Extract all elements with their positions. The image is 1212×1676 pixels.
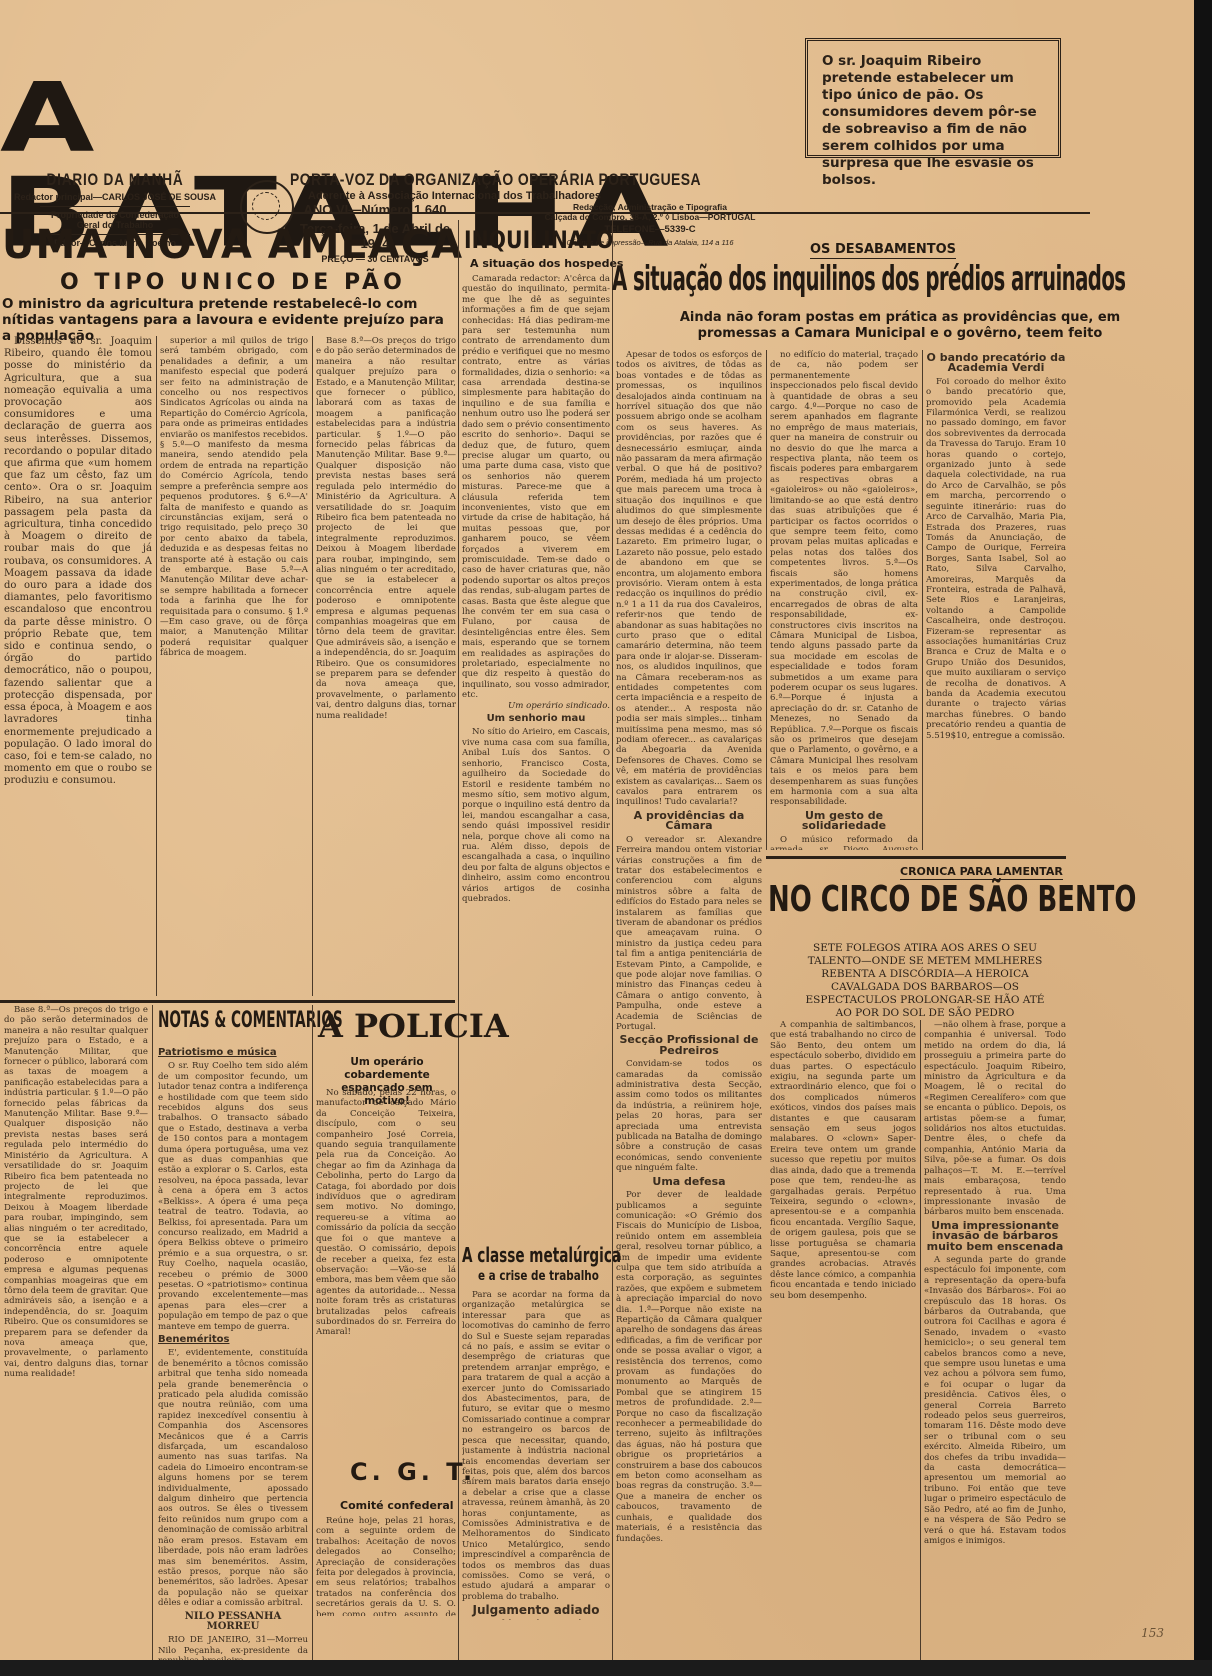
metalurgica-text: Para se acordar na forma da organização … <box>462 1290 610 1602</box>
desabamentos-text: Apesar de todos os esforços de todos os … <box>616 350 762 808</box>
tagline: PORTA-VOZ DA ORGANIZAÇÃO OPERÁRIA PORTUG… <box>290 170 684 190</box>
column-rule <box>612 220 613 1660</box>
column-rule <box>458 220 459 1660</box>
circo-text: —não olhem à frase, porque a companhia é… <box>924 1020 1066 1218</box>
section-divider <box>766 856 1066 859</box>
scan-edge <box>1194 0 1212 1676</box>
desabamentos-deck: Ainda não foram postas em prática as pro… <box>640 310 1160 342</box>
camara-text: O vereador sr. Alexandre Ferreira mandou… <box>616 835 762 1033</box>
metalurgica-headline: A classe metalúrgica <box>462 1245 621 1265</box>
main-body-text: Base 8.ª—Os preços do trigo e do pão ser… <box>316 336 456 721</box>
main-body-text: Dissemos do sr. Joaquim Ribeiro, quando … <box>4 336 152 788</box>
inquilinato-subheadline: A situação dos hospedes <box>470 258 623 269</box>
policia-body: No sábado, pelas 22 horas, o manufactor … <box>316 1088 456 1418</box>
cgt-text: Reúne hoje, pelas 21 horas, com a seguin… <box>316 1516 456 1616</box>
inquilinato-signature: Um operário sindicado. <box>462 701 610 711</box>
circo-col2: —não olhem à frase, porque a companhia é… <box>924 1020 1066 1660</box>
metalurgica-body: Para se acordar na forma da organização … <box>462 1290 610 1620</box>
cgt-body: Reúne hoje, pelas 21 horas, com a seguin… <box>316 1516 456 1616</box>
pedreiros-subheadline: Secção Profissional de Pedreiros <box>616 1035 762 1056</box>
cgt-headline: C. G. T. <box>350 1460 476 1484</box>
solidariedade-text: O músico reformado da armada, sr. Diogo … <box>770 835 918 850</box>
verdi-subheadline: O bando precatório da Academia Verdi <box>926 353 1066 374</box>
circo-col1: A companhia de saltimbancos, que está tr… <box>770 1020 916 1660</box>
page-number-mark: 153 <box>1141 1626 1164 1640</box>
daily-label: DIARIO DA MANHÃ <box>23 170 207 190</box>
main-body-continued: Base 8.ª—Os preços do trigo e do pão ser… <box>4 1005 148 1660</box>
pedreiros-text: Convidam-se todos os camaradas da comiss… <box>616 1059 762 1173</box>
issue-number: ANO VI—Número 1.640 <box>290 202 460 217</box>
column-rule <box>152 1005 153 1660</box>
barbaros-text: A segunda parte do grande espectáculo fo… <box>924 1255 1066 1546</box>
cgt-subheadline: Comité confederal <box>340 1500 454 1511</box>
column-rule <box>766 350 767 850</box>
main-body-text: Base 8.ª—Os preços do trigo e do pão ser… <box>4 1005 148 1380</box>
desabamentos-col1: Apesar de todos os esforços de todos os … <box>616 350 762 1660</box>
desabamentos-col2: no edifício do material, traçado de ca, … <box>770 350 918 850</box>
notas-body: Patriotismo e música O sr. Ruy Coelho te… <box>158 1045 308 1660</box>
defesa-text: Por dever de lealdade publicamos a segui… <box>616 1190 762 1544</box>
main-body-col2: superior a mil quilos de trigo será tamb… <box>160 336 308 996</box>
nilo-text: RIO DE JANEIRO, 31—Morreu Nilo Peçanha, … <box>158 1635 308 1660</box>
main-body-text: superior a mil quilos de trigo será tamb… <box>160 336 308 659</box>
benemeritos-text: E', evidentemente, constituída de benemé… <box>158 1348 308 1608</box>
masthead: A BATALHA DIARIO DA MANHÃ Redactor princ… <box>0 30 770 205</box>
column-rule <box>312 1005 313 1660</box>
solidariedade-subheadline: Um gesto de solidariedade <box>770 811 918 832</box>
patriotismo-subheadline: Patriotismo e música <box>158 1048 308 1058</box>
desabamentos-col3: O bando precatório da Academia Verdi Foi… <box>926 350 1066 850</box>
senhorio-subheadline: Um senhorio mau <box>462 714 610 724</box>
desabamentos-kicker: OS DESABAMENTOS <box>810 243 956 259</box>
main-body-col3: Base 8.ª—Os preços do trigo e do pão ser… <box>316 336 456 996</box>
circo-kicker: CRONICA PARA LAMENTAR <box>900 866 1063 880</box>
senhorio-text: No sítio do Arieiro, em Cascais, vive nu… <box>462 727 610 904</box>
notas-headline: NOTAS & COMENTARIOS <box>158 1010 343 1032</box>
patriotismo-text: O sr. Ruy Coelho tem sido além de um com… <box>158 1061 308 1332</box>
column-rule <box>922 350 923 850</box>
scan-bottom-edge <box>0 1660 1212 1676</box>
circo-headline: NO CIRCO DE SÃO BENTO <box>768 882 1136 918</box>
affiliation: Aderente à Associação Internacional dos … <box>308 190 770 202</box>
metalurgica-subheadline: e a crise de trabalho <box>478 1270 599 1283</box>
camara-subheadline: A providências da Câmara <box>616 811 762 832</box>
section-divider <box>0 1000 455 1003</box>
julgamento-text: Por falta de jurados e testemunhas, foi … <box>462 1619 610 1620</box>
main-body-col1: Dissemos do sr. Joaquim Ribeiro, quando … <box>4 336 152 996</box>
benemeritos-subheadline: Beneméritos <box>158 1335 308 1345</box>
barbaros-subheadline: Uma impressionante invasão de bárbaros m… <box>924 1221 1066 1252</box>
fiscais-text: no edifício do material, traçado de ca, … <box>770 350 918 808</box>
column-rule <box>312 336 313 996</box>
desabamentos-headline: A situação dos inquilinos dos prédios ar… <box>612 262 1125 296</box>
inquilinato-body: Camarada redactor: A'cêrca da questão do… <box>462 274 610 1034</box>
policia-text: No sábado, pelas 22 horas, o manufactor … <box>316 1088 456 1338</box>
defesa-subheadline: Uma defesa <box>616 1177 762 1187</box>
masthead-divider <box>0 212 1090 214</box>
circo-text: A companhia de saltimbancos, que está tr… <box>770 1020 916 1301</box>
julgamento-subheadline: Julgamento adiado <box>462 1605 610 1615</box>
inquilinato-headline: INQUILINATO <box>464 228 613 252</box>
column-rule <box>920 1020 921 1660</box>
newspaper-page: A BATALHA DIARIO DA MANHÃ Redactor princ… <box>0 0 1194 1660</box>
main-subheadline: O TIPO UNICO DE PÃO <box>60 272 406 294</box>
circo-deck: SETE FOLEGOS ATIRA AOS ARES O SEU TALENT… <box>800 942 1050 1020</box>
inquilinato-text: Camarada redactor: A'cêrca da questão do… <box>462 274 610 701</box>
policia-headline: A POLICIA <box>318 1010 509 1042</box>
verdi-text: Foi coroado do melhor êxito o bando prec… <box>926 377 1066 741</box>
column-rule <box>156 336 157 996</box>
admin-line: Redacção, Administração e Tipografia <box>530 202 770 212</box>
editor-principal: Redactor principal—CARLOS JOSÉ DE SOUSA <box>0 192 230 202</box>
nilo-subheadline: NILO PESSANHA MORREU <box>158 1612 308 1633</box>
main-headline: UMA NOVA AMEAÇA <box>2 225 463 265</box>
promo-box: O sr. Joaquim Ribeiro pretende estabelec… <box>805 38 1061 158</box>
